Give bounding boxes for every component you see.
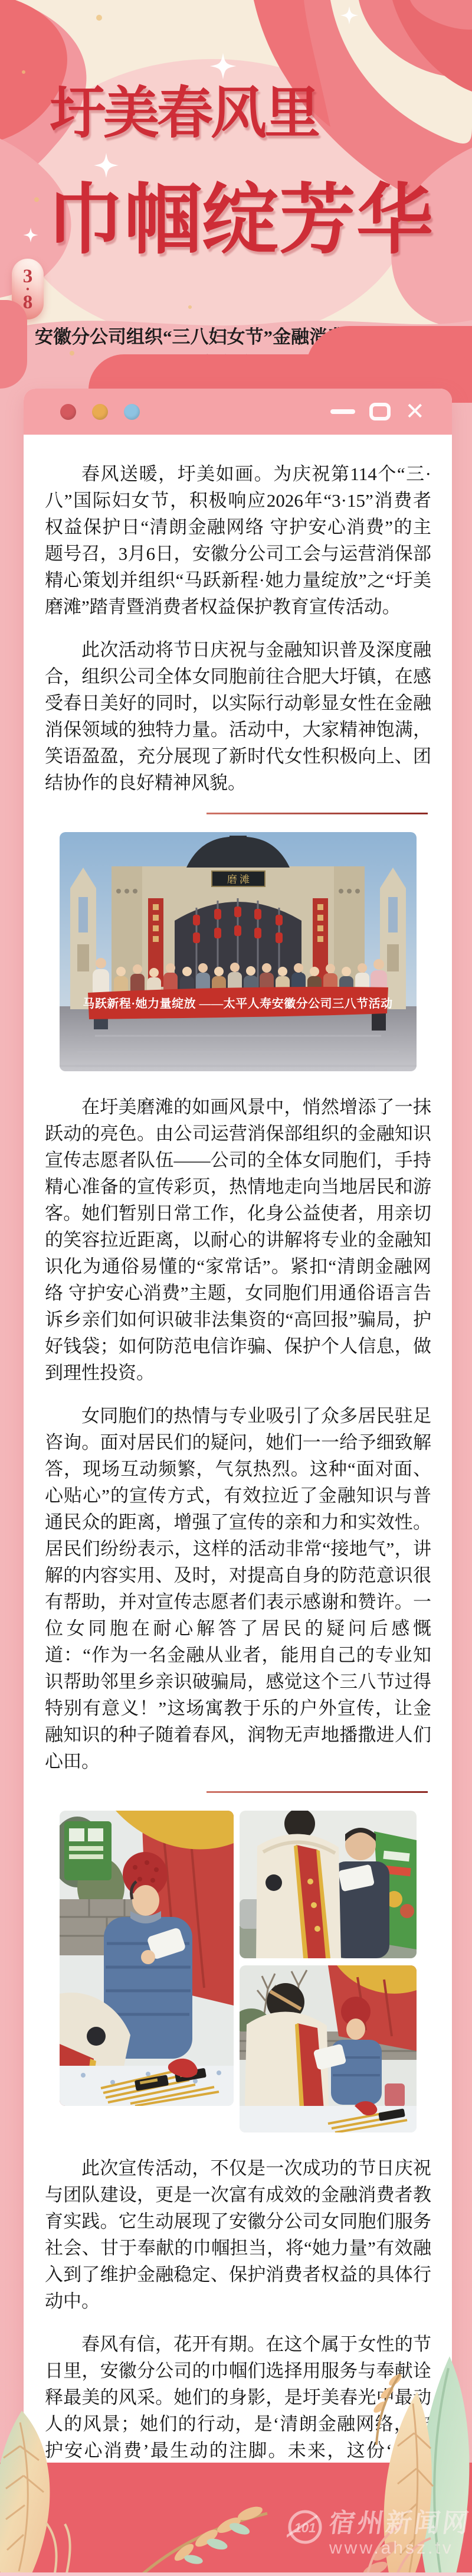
left-sprig [135, 2503, 273, 2576]
red-divider-line [206, 1791, 428, 1793]
close-icon[interactable]: ✕ [405, 402, 425, 422]
red-dot-icon[interactable] [60, 404, 76, 420]
paragraph-2: 此次活动将节日庆祝与金融知识普及深度融合，组织公司全体女同胞前往合肥大圩镇，在感… [45, 637, 431, 796]
photo-volunteer-handing-flyer [240, 1965, 417, 2132]
article-body: 春风送暖，圩美如画。为庆祝第114个“三·八”国际妇女节，积极响应2026年“3… [24, 435, 452, 2517]
watermark-text: 宿州新闻网 www.ahsz.tv [329, 2509, 471, 2558]
minimize-icon[interactable] [330, 409, 355, 414]
red-divider-line [206, 813, 428, 814]
site-watermark: 101 宿州新闻网 www.ahsz.tv [287, 2509, 471, 2558]
paragraph-5: 此次宣传活动，不仅是一次成功的节日庆祝与团队建设，更是一次富有成效的金融消费者教… [45, 2155, 431, 2314]
watermark-site-name: 宿州新闻网 [327, 2509, 472, 2538]
figure-group-photo: 磨 滩 [45, 813, 431, 1071]
yellow-dot-icon[interactable] [92, 404, 108, 420]
badge-number-8: 8 [23, 294, 33, 311]
figure-outreach-collage [45, 1791, 431, 2132]
banner-text: 马跃新程·她力量绽放 ——太平人寿安徽分公司三八节活动 [83, 996, 392, 1010]
left-feather-leaf [0, 2411, 78, 2576]
gate-sign-text: 磨 滩 [227, 874, 250, 885]
photo-collage [60, 1811, 417, 2132]
main-title-line1: 圩美春风里 [50, 69, 318, 149]
paragraph-1: 春风送暖，圩美如画。为庆祝第114个“三·八”国际妇女节，积极响应2026年“3… [45, 461, 431, 620]
pink-stool [385, 2083, 405, 2107]
photo-volunteer-with-resident [240, 1811, 417, 1958]
photo-elderly-woman-receiving-flyer [60, 1811, 234, 2106]
window-controls: ✕ [330, 402, 425, 422]
main-title-line2: 巾帼绽芳华 [47, 158, 434, 269]
watermark-logo-icon: 101 [287, 2509, 323, 2545]
paragraph-3: 在圩美磨滩的如画风景中，悄然增添了一抹跃动的亮色。由公司运营消保部组织的金融知识… [45, 1094, 431, 1386]
bottom-strip [0, 2572, 472, 2576]
gate-sign-board: 磨 滩 [212, 871, 265, 886]
svg-text:101: 101 [294, 2520, 316, 2535]
collage-right-column [240, 1811, 417, 2132]
green-sign [64, 1821, 112, 1880]
group-photo: 磨 滩 [60, 832, 417, 1071]
blue-dot-icon[interactable] [124, 404, 140, 420]
watermark-site-url: www.ahsz.tv [329, 2538, 471, 2558]
window-dots [60, 404, 140, 420]
coral-accent-top [88, 354, 472, 392]
event-banner: 马跃新程·她力量绽放 ——太平人寿安徽分公司三八节活动 [83, 987, 392, 1019]
article-window-card: ✕ 春风送暖，圩美如画。为庆祝第114个“三·八”国际妇女节，积极响应2026年… [24, 389, 452, 2463]
maximize-icon[interactable] [369, 403, 391, 420]
coral-accent-left [0, 300, 27, 389]
window-titlebar: ✕ [24, 389, 452, 435]
paragraph-4: 女同胞们的热情与专业吸引了众多居民驻足咨询。面对居民们的疑问，她们一一给予细致解… [45, 1403, 431, 1775]
